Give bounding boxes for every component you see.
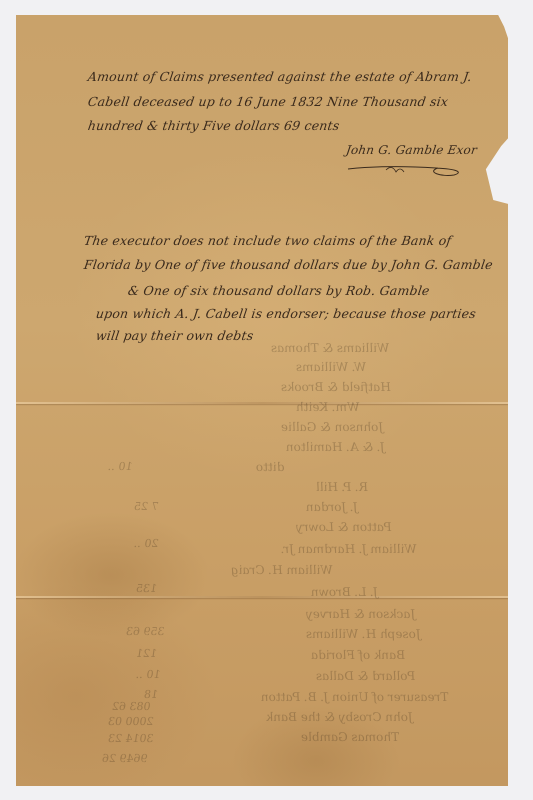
bleed-name: W. Williams	[295, 360, 367, 374]
bleed-amount: 121	[135, 647, 158, 660]
bleed-amount: 135	[135, 582, 158, 595]
bleed-name: Bank of Florida	[310, 648, 406, 662]
bleed-name: Pollard & Dallas	[315, 669, 416, 683]
claims-line-2: Cabell deceased up to 16 June 1832 Nine …	[87, 94, 449, 109]
bleed-name: Joseph H. Williams	[305, 627, 422, 641]
bleed-amount: 20 ..	[133, 537, 159, 550]
exclusion-line-5: will pay their own debts	[95, 328, 255, 343]
claims-line-1: Amount of Claims presented against the e…	[87, 69, 473, 84]
exclusion-line-4: upon which A. J. Cabell is endorser; bec…	[95, 306, 477, 321]
bleed-name: ditto	[255, 460, 285, 474]
bleed-name: Johnson & Gallie	[280, 420, 384, 434]
bleed-name: William H. Craig	[230, 563, 333, 577]
signature-flourish-icon	[346, 160, 466, 178]
bleed-name: Williams & Thomas	[270, 341, 390, 355]
bleed-amount: 10 ..	[107, 460, 133, 473]
exclusion-line-1: The executor does not include two claims…	[83, 233, 452, 248]
bleed-name: Treasurer of Union J. B. Patton	[260, 690, 449, 704]
exclusion-line-3: & One of six thousand dollars by Rob. Ga…	[127, 283, 431, 298]
bleed-amount: 3014 23	[107, 732, 154, 745]
claims-line-3: hundred & thirty Five dollars 69 cents	[87, 118, 341, 133]
bleed-amount: 10 ..	[135, 668, 161, 681]
bleed-name: Wm. Keith	[295, 400, 360, 414]
bleed-name: Jackson & Harvey	[305, 607, 416, 621]
bleed-name: Thomas Gamble	[300, 730, 400, 744]
bleed-amount: 359 63	[125, 625, 165, 638]
exclusion-line-2: Florida by One of five thousand dollars …	[83, 257, 494, 272]
bleed-name: Hatfield & Brooks	[280, 380, 392, 394]
document-page: Amount of Claims presented against the e…	[16, 15, 508, 786]
paper-fold-line	[16, 402, 508, 404]
bleed-name: J. & A. Hamilton	[285, 440, 386, 454]
bleed-amount: 2000 03	[107, 715, 154, 728]
bleed-amount: 083 62	[111, 700, 151, 713]
bleed-name: Patton & Lowry	[295, 520, 393, 534]
bleed-name: R. P. Hill	[315, 480, 369, 494]
bleed-amount: 7 25	[133, 500, 159, 513]
bleed-name: J. Jordan	[305, 500, 359, 514]
bleed-name: John Crosby & the Bank	[265, 710, 414, 724]
paper-fold-line	[16, 596, 508, 598]
bleed-name: J. L. Brown	[310, 585, 379, 599]
signature: John G. Gamble Exor	[345, 143, 478, 157]
bleed-name: William J. Hardman Jr.	[280, 542, 417, 556]
bleed-amount: 9649 26	[101, 752, 148, 765]
